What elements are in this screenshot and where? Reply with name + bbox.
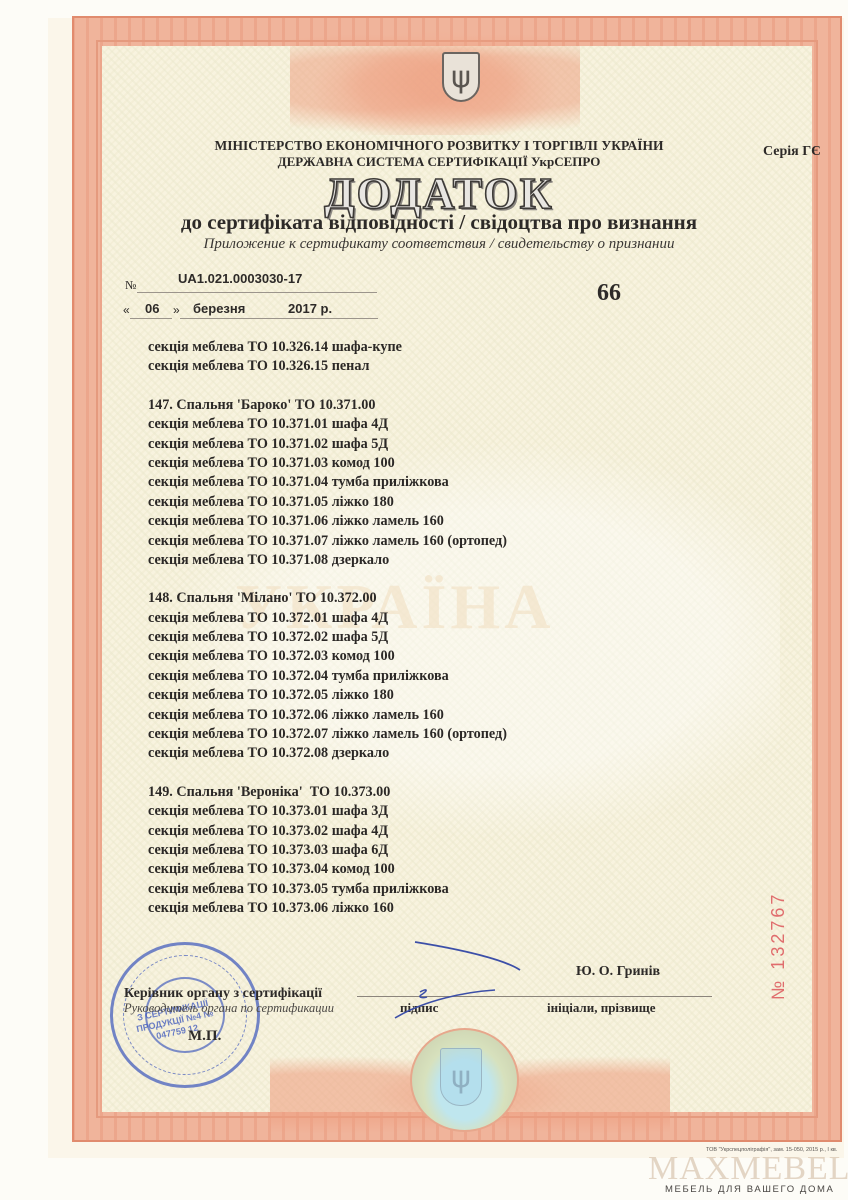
list-item: секція меблева ТО 10.371.04 тумба приліж… [148,473,507,492]
certificate-number: UA1.021.0003030-17 [178,271,302,286]
series-label: Серія ГЄ [763,144,821,160]
list-item: секція меблева ТО 10.373.05 тумба приліж… [148,880,507,899]
document-subtitle-ru: Приложение к сертификату соответствия / … [15,236,848,253]
handwritten-signature [355,940,555,1020]
list-item: секція меблева ТО 10.373.03 шафа 6Д [148,841,507,860]
list-item: секція меблева ТО 10.372.06 ліжко ламель… [148,706,507,725]
list-item: секція меблева ТО 10.373.06 ліжко 160 [148,899,507,918]
page-number: 66 [597,280,621,307]
top-ornament [290,20,580,135]
date-month: березня [193,301,245,316]
date-open-quote: « [123,303,130,317]
signer-name: Ю. О. Гринів [576,964,660,980]
list-item: секція меблева ТО 10.373.04 комод 100 [148,860,507,879]
ministry-name: МІНІСТЕРСТВО ЕКОНОМІЧНОГО РОЗВИТКУ І ТОР… [15,138,848,154]
list-item: секція меблева ТО 10.371.07 ліжко ламель… [148,532,507,551]
list-item: секція меблева ТО 10.372.02 шафа 5Д [148,628,507,647]
product-list: секція меблева ТО 10.326.14 шафа-купесек… [148,338,507,919]
brand-watermark: MAXMEBEL [648,1150,848,1188]
list-item: секція меблева ТО 10.371.08 дзеркало [148,551,507,570]
initials-label: ініціали, прізвище [547,1000,656,1016]
group-heading: 149. Спальня 'Вероніка' ТО 10.373.00 [148,783,507,802]
list-item: секція меблева ТО 10.373.01 шафа 3Д [148,802,507,821]
date-day: 06 [145,301,159,316]
list-item: секція меблева ТО 10.372.03 комод 100 [148,647,507,666]
brand-tagline: МЕБЕЛЬ ДЛЯ ВАШЕГО ДОМА [665,1184,834,1195]
number-underline [137,292,377,293]
date-close-quote: » [173,303,180,317]
document-subtitle: до сертифіката відповідності / свідоцтва… [15,210,848,235]
number-label: № [125,278,136,293]
list-item: секція меблева ТО 10.372.01 шафа 4Д [148,609,507,628]
list-item: секція меблева ТО 10.372.05 ліжко 180 [148,686,507,705]
list-item: секція меблева ТО 10.372.04 тумба приліж… [148,667,507,686]
spacer [148,377,507,396]
list-item: секція меблева ТО 10.371.06 ліжко ламель… [148,512,507,531]
seal-label: М.П. [188,1028,221,1045]
list-item: секція меблева ТО 10.326.14 шафа-купе [148,338,507,357]
list-item: секція меблева ТО 10.371.03 комод 100 [148,454,507,473]
list-item: секція меблева ТО 10.373.02 шафа 4Д [148,822,507,841]
signer-role-ru: Руководитель органа по сертификации [124,1001,334,1016]
list-item: секція меблева ТО 10.326.15 пенал [148,357,507,376]
date-year: 2017 р. [288,301,332,316]
date-day-underline [130,318,172,319]
signer-role: Керівник органу з сертифікації [124,986,322,1002]
spacer [148,764,507,783]
list-item: секція меблева ТО 10.372.07 ліжко ламель… [148,725,507,744]
trident-icon: ψ [442,52,480,102]
list-item: секція меблева ТО 10.371.01 шафа 4Д [148,415,507,434]
spacer [148,570,507,589]
form-serial-number: № 132767 [768,892,789,1000]
group-heading: 147. Спальня 'Бароко' ТО 10.371.00 [148,396,507,415]
list-item: секція меблева ТО 10.371.02 шафа 5Д [148,435,507,454]
list-item: секція меблева ТО 10.372.08 дзеркало [148,744,507,763]
hologram-trident-icon: ψ [440,1048,482,1106]
list-item: секція меблева ТО 10.371.05 ліжко 180 [148,493,507,512]
date-month-underline [180,318,378,319]
group-heading: 148. Спальня 'Мілано' ТО 10.372.00 [148,589,507,608]
